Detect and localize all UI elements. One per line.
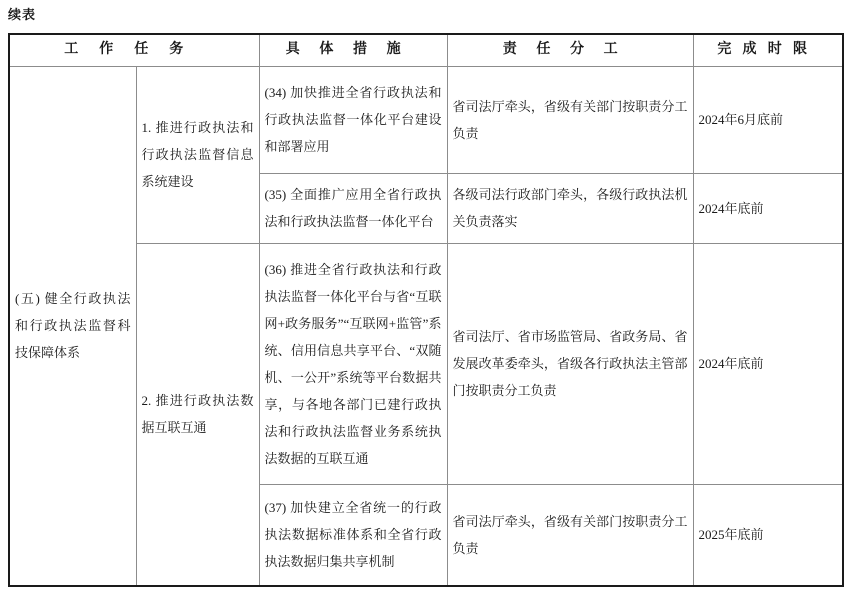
deadline-cell-37: 2025年底前 — [693, 484, 843, 586]
work-tasks-table: 工作任务 具体措施 责任分工 完成时限 (五) 健全行政执法和行政执法监督科技保… — [8, 33, 844, 587]
table-header-row: 工作任务 具体措施 责任分工 完成时限 — [9, 34, 843, 66]
responsibility-cell-36: 省司法厅、省市场监管局、省政务局、省发展改革委牵头，省级各行政执法主管部门按职责… — [447, 243, 693, 484]
measure-cell-34: (34) 加快推进全省行政执法和行政执法监督一体化平台建设和部署应用 — [259, 66, 447, 173]
measure-cell-36: (36) 推进全省行政执法和行政执法监督一体化平台与省“互联网+政务服务”“互联… — [259, 243, 447, 484]
responsibility-cell-34: 省司法厅牵头，省级有关部门按职责分工负责 — [447, 66, 693, 173]
subtask-cell-2: 2. 推进行政执法数据互联互通 — [136, 243, 259, 586]
category-cell: (五) 健全行政执法和行政执法监督科技保障体系 — [9, 66, 136, 586]
responsibility-cell-35: 各级司法行政部门牵头，各级行政执法机关负责落实 — [447, 173, 693, 243]
measure-cell-35: (35) 全面推广应用全省行政执法和行政执法监督一体化平台 — [259, 173, 447, 243]
deadline-cell-35: 2024年底前 — [693, 173, 843, 243]
header-work-task: 工作任务 — [9, 34, 259, 66]
responsibility-cell-37: 省司法厅牵头，省级有关部门按职责分工负责 — [447, 484, 693, 586]
deadline-cell-36: 2024年底前 — [693, 243, 843, 484]
header-deadline: 完成时限 — [693, 34, 843, 66]
continued-table-label: 续表 — [8, 4, 36, 23]
header-measure: 具体措施 — [259, 34, 447, 66]
deadline-cell-34: 2024年6月底前 — [693, 66, 843, 173]
subtask-cell-1: 1. 推进行政执法和行政执法监督信息系统建设 — [136, 66, 259, 243]
measure-cell-37: (37) 加快建立全省统一的行政执法数据标准体系和全省行政执法数据归集共享机制 — [259, 484, 447, 586]
table-row-34: (五) 健全行政执法和行政执法监督科技保障体系 1. 推进行政执法和行政执法监督… — [9, 66, 843, 173]
header-responsibility: 责任分工 — [447, 34, 693, 66]
document-page: 续表 工作任务 具体措施 责任分工 完成时限 (五) 健全行政执法和行政执法监督… — [0, 0, 850, 593]
